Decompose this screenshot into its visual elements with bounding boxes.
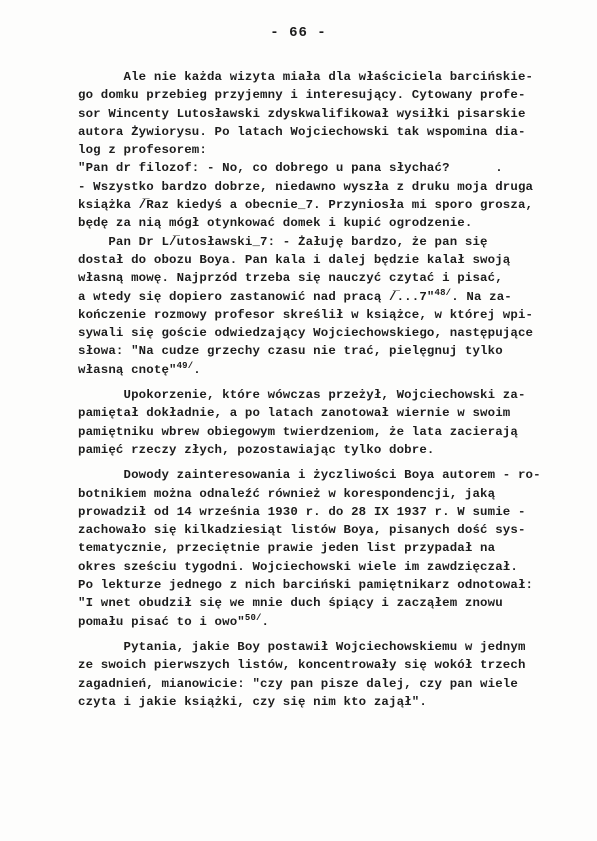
text-line: sor Wincenty Lutosławski zdyskwalifikowa… bbox=[78, 105, 568, 123]
text-line: Dowody zainteresowania i życzliwości Boy… bbox=[78, 466, 568, 484]
footnote-50: 50/ bbox=[245, 613, 262, 623]
text-line: "I wnet obudził się we mnie duch śpiący … bbox=[78, 594, 568, 612]
text-line: Po lekturze jednego z nich barciński pam… bbox=[78, 576, 568, 594]
text-line: okres sześciu tygodni. Wojciechowski wie… bbox=[78, 558, 568, 576]
text-line: tematycznie, przeciętnie prawie jeden li… bbox=[78, 539, 568, 557]
text-line: pomału pisać to i owo"50/. bbox=[78, 613, 568, 631]
text-line: pamiętał dokładnie, a po latach zanotowa… bbox=[78, 404, 568, 422]
text-line: Pytania, jakie Boy postawił Wojciechowsk… bbox=[78, 638, 568, 656]
paragraph-lutoslawski: Pan Dr L/̅utosławski_7: - Żałuję bardzo,… bbox=[78, 233, 568, 379]
text-line: log z profesorem: bbox=[78, 141, 568, 159]
text-line: dostał do obozu Boya. Pan kala i dalej b… bbox=[78, 251, 568, 269]
paragraph-questions: Pytania, jakie Boy postawił Wojciechowsk… bbox=[78, 638, 568, 711]
text-line: zagadnień, mianowicie: "czy pan pisze da… bbox=[78, 675, 568, 693]
text-line: sywali się goście odwiedzający Wojciecho… bbox=[78, 324, 568, 342]
text-line: będę za nią mógł otynkować domek i kupić… bbox=[78, 214, 568, 232]
text-line: pamięć rzeczy złych, pozostawiając tylko… bbox=[78, 441, 568, 459]
text-line: go domku przebieg przyjemny i interesują… bbox=[78, 86, 568, 104]
document-body: Ale nie każda wizyta miała dla właścicie… bbox=[78, 68, 568, 711]
text-line: Upokorzenie, które wówczas przeżył, Wojc… bbox=[78, 386, 568, 404]
text-line: ze swoich pierwszych listów, koncentrowa… bbox=[78, 656, 568, 674]
text-line: prowadził od 14 września 1930 r. do 28 I… bbox=[78, 503, 568, 521]
paragraph-humiliation: Upokorzenie, które wówczas przeżył, Wojc… bbox=[78, 386, 568, 459]
footnote-49: 49/ bbox=[177, 361, 194, 371]
text-line: Ale nie każda wizyta miała dla właścicie… bbox=[78, 68, 568, 86]
text-line: "Pan dr filozof: - No, co dobrego u pana… bbox=[78, 159, 568, 177]
paragraph-correspondence: Dowody zainteresowania i życzliwości Boy… bbox=[78, 466, 568, 631]
text-line: zachowało się kilkadziesiąt listów Boya,… bbox=[78, 521, 568, 539]
text-line: Pan Dr L/̅utosławski_7: - Żałuję bardzo,… bbox=[78, 233, 568, 251]
text-line: własną cnotę"49/. bbox=[78, 361, 568, 379]
footnote-48: 48/ bbox=[435, 288, 452, 298]
text-line: kończenie rozmowy profesor skreślił w ks… bbox=[78, 306, 568, 324]
text-line: botnikiem można odnaleźć również w kores… bbox=[78, 485, 568, 503]
page-number: - 66 - bbox=[0, 25, 597, 41]
text-line: własną mowę. Najprzód trzeba się nauczyć… bbox=[78, 269, 568, 287]
text-line: pamiętniku wbrew obiegowym twierdzeniom,… bbox=[78, 423, 568, 441]
text-line: - Wszystko bardzo dobrze, niedawno wyszł… bbox=[78, 178, 568, 196]
text-line: słowa: "Na cudze grzechy czasu nie trać,… bbox=[78, 342, 568, 360]
text-line: a wtedy się dopiero zastanowić nad pracą… bbox=[78, 288, 568, 306]
text-line: czyta i jakie książki, czy się nim kto z… bbox=[78, 693, 568, 711]
text-line: książka /̅Raz kiedyś a obecnie_7. Przyni… bbox=[78, 196, 568, 214]
text-line: autora Żywiorysu. Po latach Wojciechowsk… bbox=[78, 123, 568, 141]
paragraph-visit: Ale nie każda wizyta miała dla właścicie… bbox=[78, 68, 568, 233]
